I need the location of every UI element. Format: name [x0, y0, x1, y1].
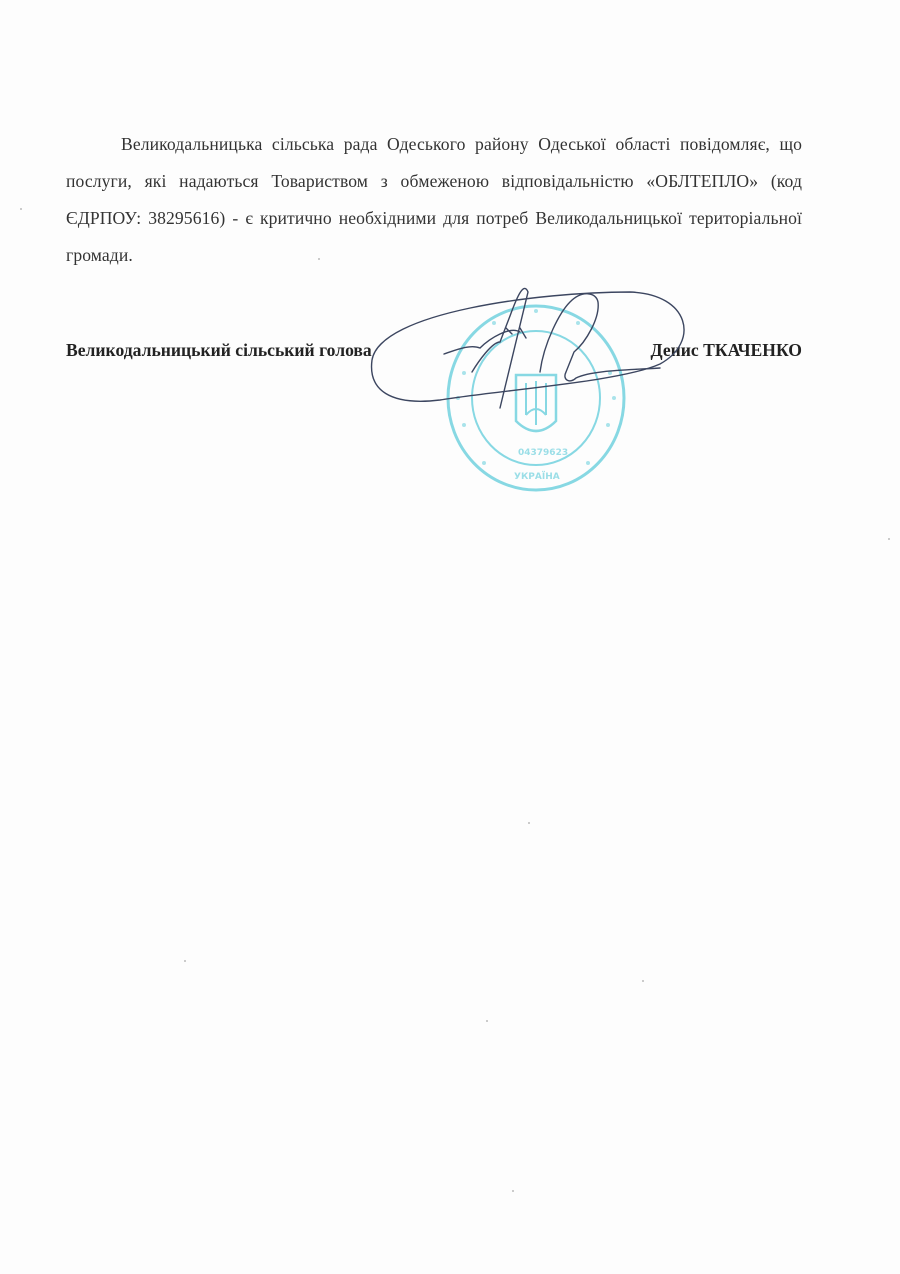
scan-speck — [486, 1020, 488, 1022]
scan-speck — [512, 1190, 514, 1192]
scan-speck — [20, 208, 22, 210]
handwritten-signature-icon — [360, 272, 700, 432]
body-paragraph: Великодальницька сільська рада Одеського… — [66, 126, 802, 274]
scan-speck — [888, 538, 890, 540]
svg-text:УКРАЇНА: УКРАЇНА — [514, 471, 560, 482]
svg-text:04379623: 04379623 — [518, 448, 568, 458]
scan-speck — [642, 980, 644, 982]
scan-speck — [318, 258, 320, 260]
scan-speck — [184, 960, 186, 962]
signatory-title: Великодальницький сільський голова — [66, 340, 372, 361]
scan-speck — [528, 822, 530, 824]
